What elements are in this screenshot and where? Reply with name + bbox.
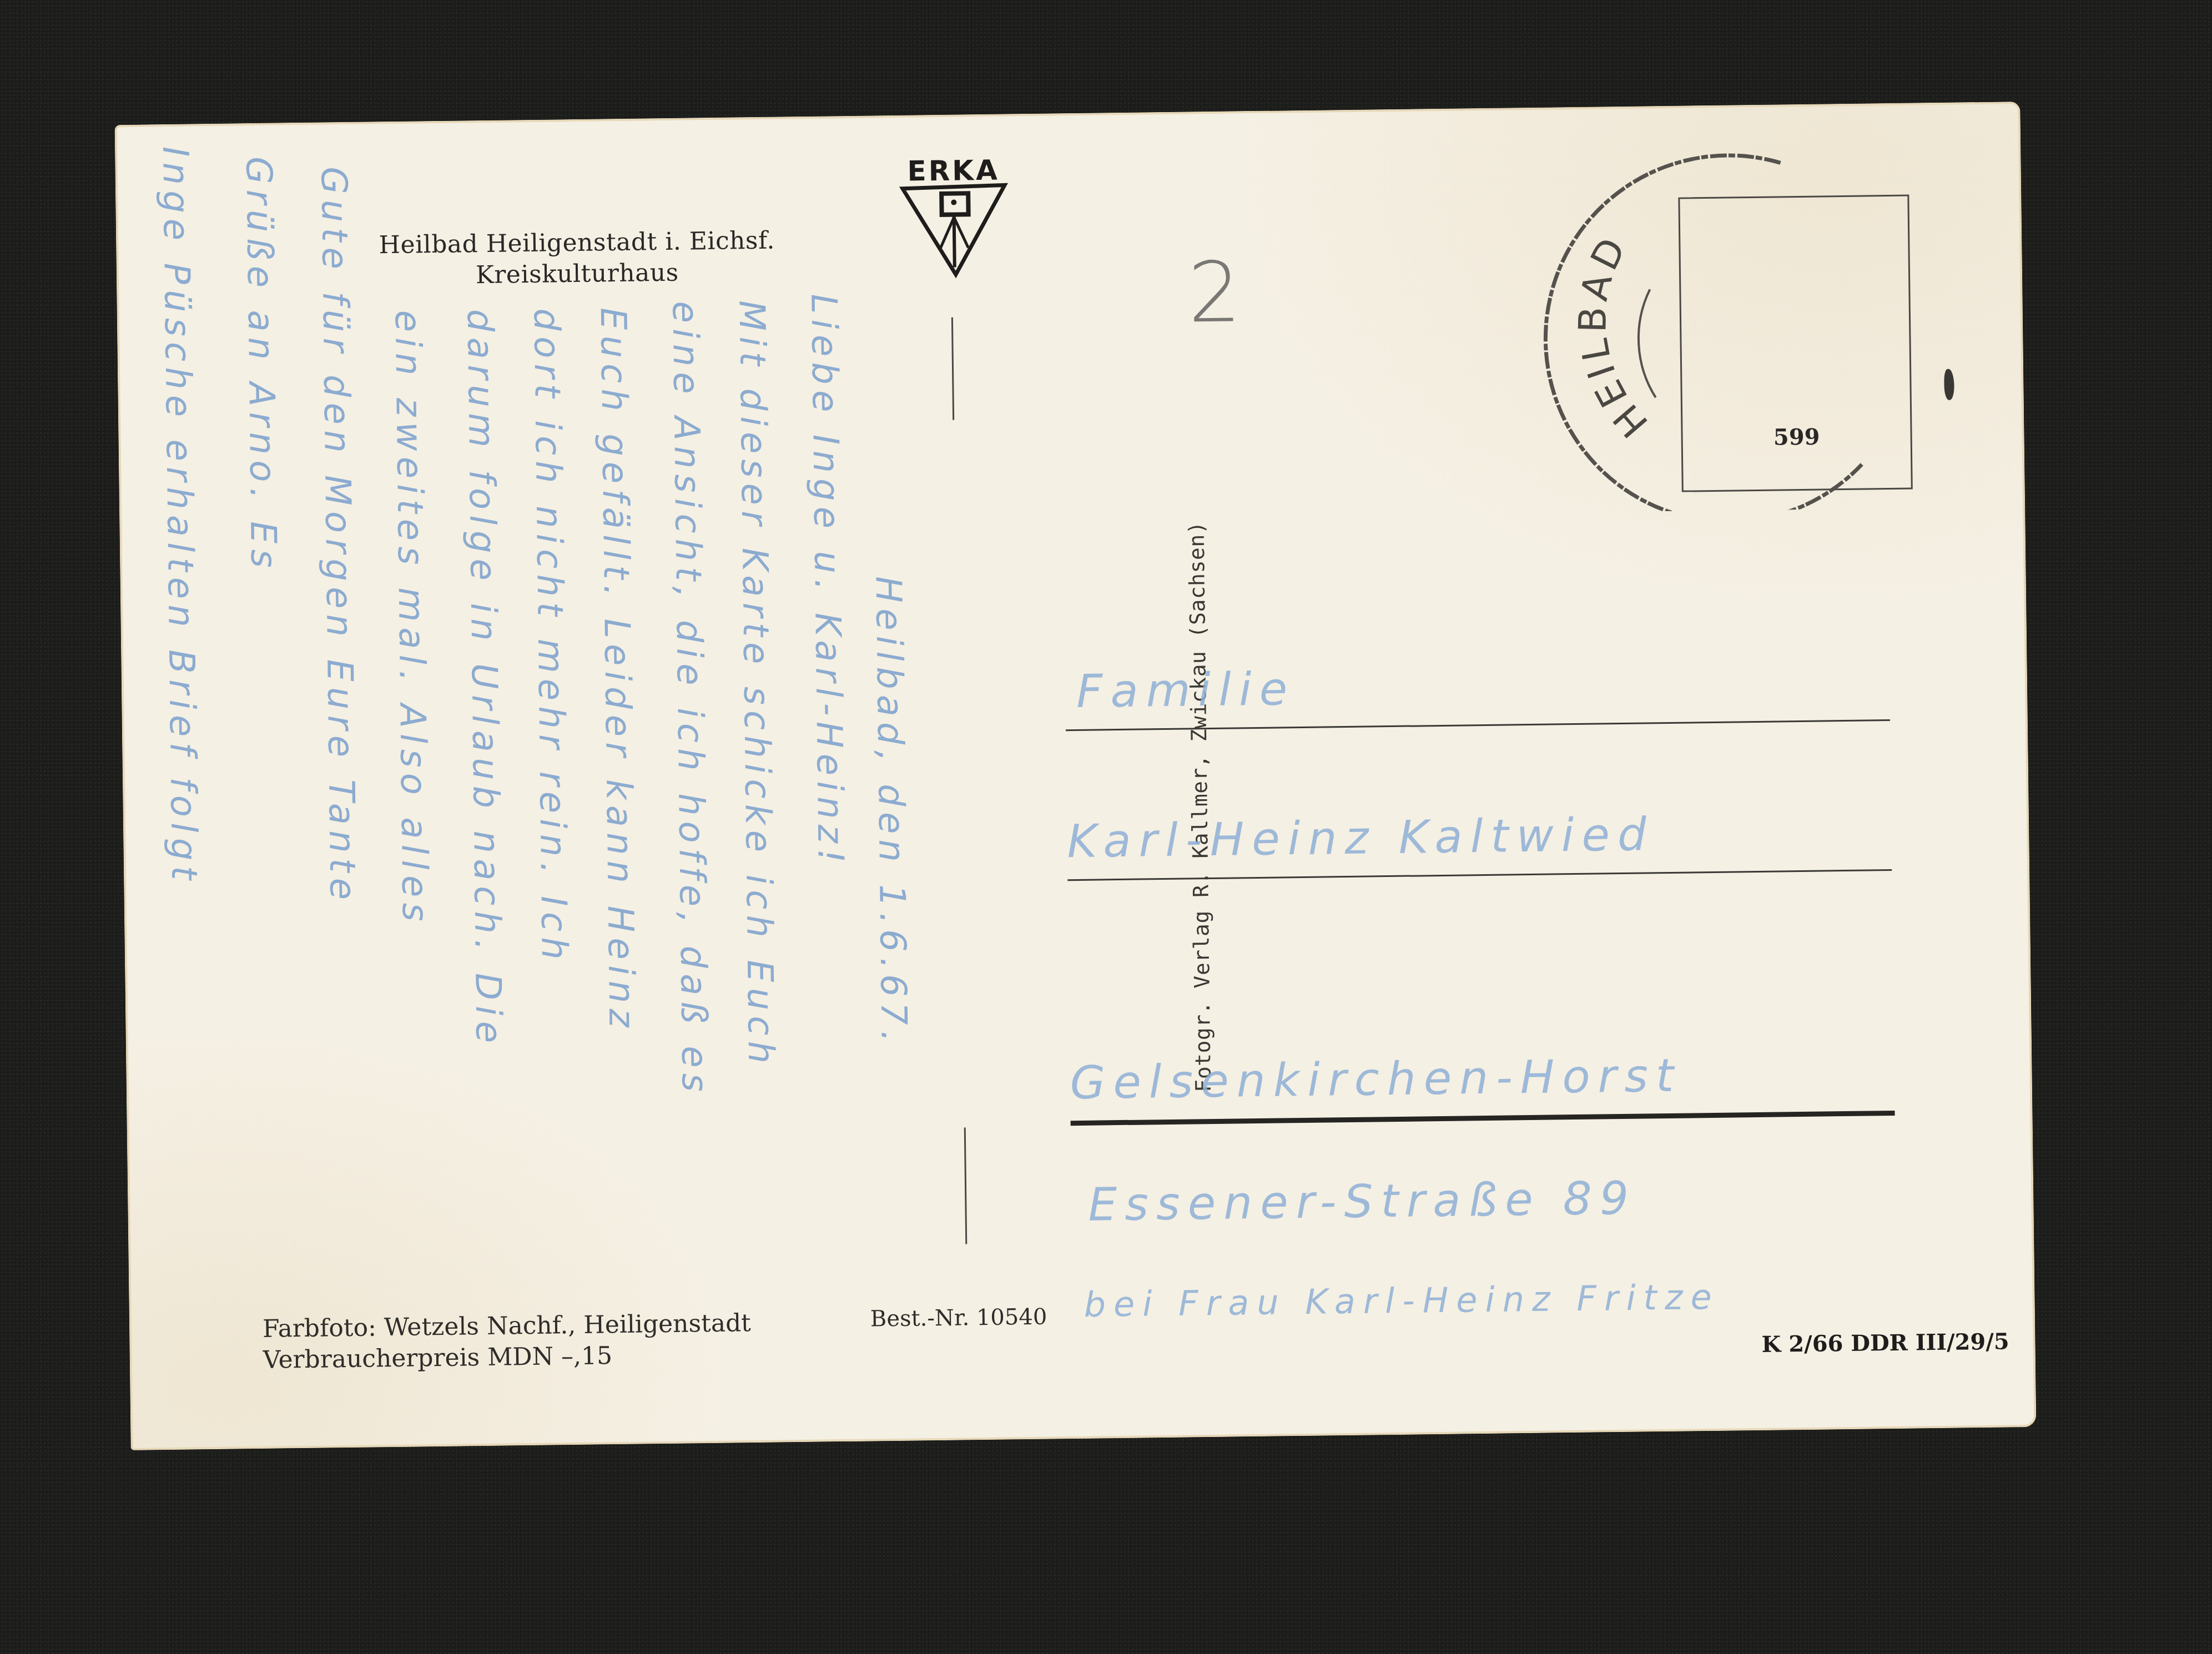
license-code: K 2/66 DDR III/29/5 — [1761, 1329, 2009, 1358]
ink-mark — [1944, 369, 1954, 400]
photo-credit: Farbfoto: Wetzels Nachf., Heiligenstadt — [263, 1308, 751, 1345]
order-number: Best.-Nr. 10540 — [870, 1304, 1047, 1332]
erka-logo: ERKA — [898, 153, 1010, 281]
message-line: dort ich nicht mehr rein. Ich — [526, 308, 575, 965]
message-line: Liebe Inge u. Karl-Heinz! — [803, 294, 851, 869]
message-line: Euch gefällt. Leider kann Heinz — [592, 307, 642, 1033]
imprint-bottom-left: Farbfoto: Wetzels Nachf., Heiligenstadt … — [263, 1308, 752, 1376]
message-line: Inge Püsche erhalten Brief folgt — [154, 146, 204, 886]
svg-text:HEILBAD: HEILBAD — [1570, 226, 1657, 446]
caption: Heilbad Heiligenstadt i. Eichsf. Kreisku… — [321, 224, 833, 293]
camera-on-tripod-triangle-icon: ERKA — [898, 153, 1010, 281]
publisher-imprint: Fotogr. Verlag R. Kallmer, Zwickau (Sach… — [1183, 473, 1216, 1139]
address-city: Gelsenkirchen-Horst — [1070, 1050, 1681, 1110]
caption-location: Heilbad Heiligenstadt i. Eichsf. — [321, 224, 833, 261]
postmark-circle-icon: HEILBAD — [1519, 108, 1923, 513]
message-line: Grüße an Arno. Es — [238, 156, 284, 573]
erka-logo-text: ERKA — [907, 154, 1000, 188]
address-street: Essener-Straße 89 — [1088, 1172, 1637, 1232]
postmark-text: HEILBAD — [1570, 226, 1657, 446]
message-line: darum folge in Urlaub nach. Die — [459, 309, 509, 1049]
center-divider-bottom — [964, 1127, 968, 1244]
postmark: HEILBAD — [1519, 108, 1923, 513]
message-line: Mit dieser Karte schicke ich Euch — [730, 300, 781, 1070]
price: Verbraucherpreis MDN –,15 — [263, 1339, 751, 1376]
address-recipient: Karl-Heinz Kaltwied — [1067, 808, 1655, 868]
address-name-line: Familie — [1076, 663, 1296, 718]
message-line: ein zweites mal. Also alles — [387, 310, 436, 927]
pencil-mark: 2 — [1187, 244, 1242, 341]
caption-building: Kreiskulturhaus — [322, 255, 833, 293]
center-divider-top — [951, 317, 954, 420]
address-care-of: bei Frau Karl-Heinz Fritze — [1084, 1277, 1720, 1325]
message-date: Heilbad, den 1.6.67. — [868, 576, 914, 1048]
message-line: eine Ansicht, die ich hoffe, daß es — [664, 301, 715, 1097]
postcard-back: Heilbad Heiligenstadt i. Eichsf. Kreisku… — [115, 102, 2037, 1450]
